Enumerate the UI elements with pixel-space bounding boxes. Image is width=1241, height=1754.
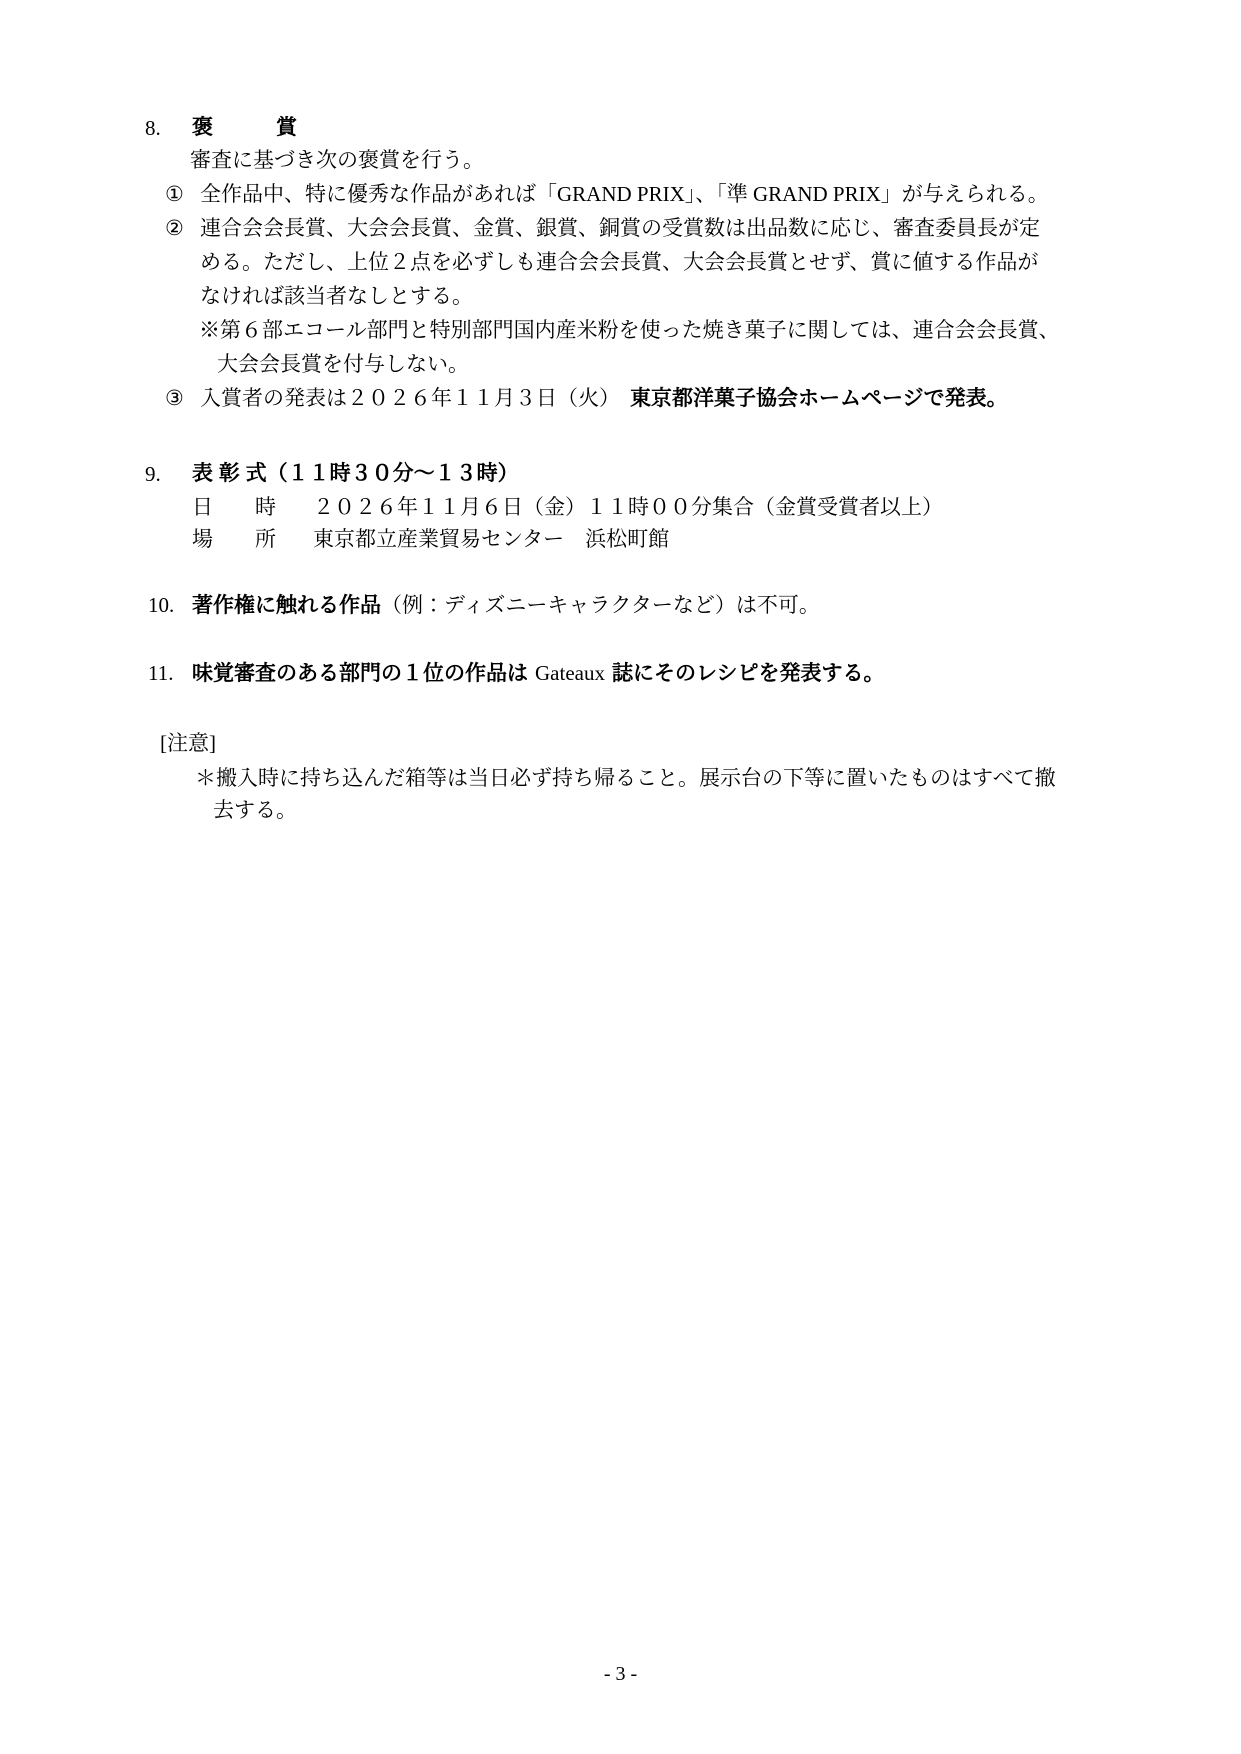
list-item-3-marker: ③	[165, 381, 184, 415]
list-item-3-text: 入賞者の発表は２０２６年１１月３日（火）	[200, 386, 620, 410]
ceremony-place-row: 場 所東京都立産業貿易センター 浜松町館	[0, 523, 1241, 555]
section-11-text-bold-tail: 誌にそのレシピを発表する。	[612, 662, 884, 685]
gateaux-magazine-name: Gateaux	[535, 661, 605, 685]
list-item-1: ① 全作品中、特に優秀な作品があれば「GRAND PRIX」、「準 GRAND …	[0, 177, 1241, 211]
list-item-3-text-bold: 東京都洋菓子協会ホームページで発表。	[630, 387, 1008, 410]
notice-item-text: ＊搬入時に持ち込んだ箱等は当日必ず持ち帰ること。展示台の下等に置いたものはすべて…	[0, 762, 1241, 826]
section-8-title: 褒 賞	[192, 112, 297, 144]
place-label: 場 所	[192, 523, 313, 555]
section-11-text: 味覚審査のある部門の１位の作品はGateaux誌にそのレシピを発表する。	[192, 657, 884, 690]
list-item-2-text: 連合会会長賞、大会会長賞、金賞、銀賞、銅賞の受賞数は出品数に応じ、審査委員長が定…	[200, 216, 1040, 308]
list-item-1-text: 全作品中、特に優秀な作品があれば「GRAND PRIX」、「準 GRAND PR…	[200, 182, 1049, 206]
section-10-text-rest: （例：ディズニーキャラクターなど）は不可。	[381, 593, 820, 617]
list-item-2-marker: ②	[165, 211, 184, 245]
notice-body: ＊搬入時に持ち込んだ箱等は当日必ず持ち帰ること。展示台の下等に置いたものはすべて…	[0, 762, 1241, 826]
ceremony-datetime-row: 日 時２０２６年１１月６日（金）１１時００分集合（金賞受賞者以上）	[0, 491, 1241, 523]
section-9-title: 表 彰 式（１１時３０分～１３時）	[192, 457, 519, 491]
list-item-1-marker: ①	[165, 177, 184, 211]
page-number: - 3 -	[0, 1662, 1241, 1686]
place-value: 東京都立産業貿易センター 浜松町館	[313, 527, 669, 551]
section-8-number: 8.	[145, 112, 161, 144]
section-10-number: 10.	[148, 589, 174, 621]
datetime-label: 日 時	[192, 491, 313, 523]
section-8-list: ① 全作品中、特に優秀な作品があれば「GRAND PRIX」、「準 GRAND …	[0, 177, 1241, 416]
section-10-text: 著作権に触れる作品（例：ディズニーキャラクターなど）は不可。	[192, 589, 820, 622]
notice-header: [注意]	[160, 727, 216, 759]
section-11-number: 11.	[148, 657, 173, 689]
list-item-2: ② 連合会会長賞、大会会長賞、金賞、銀賞、銅賞の受賞数は出品数に応じ、審査委員長…	[0, 211, 1241, 313]
section-9-details: 日 時２０２６年１１月６日（金）１１時００分集合（金賞受賞者以上） 場 所東京都…	[0, 491, 1241, 555]
list-item-3: ③ 入賞者の発表は２０２６年１１月３日（火）東京都洋菓子協会ホームページで発表。	[0, 381, 1241, 416]
section-11-text-bold-lead: 味覚審査のある部門の１位の作品は	[192, 662, 528, 685]
section-10-text-bold: 著作権に触れる作品	[192, 594, 381, 617]
section-9-number: 9.	[145, 457, 161, 491]
list-item-2-note: ※第６部エコール部門と特別部門国内産米粉を使った焼き菓子に関しては、連合会会長賞…	[0, 313, 1241, 381]
document-page: 8. 褒 賞 審査に基づき次の褒賞を行う。 ① 全作品中、特に優秀な作品があれば…	[0, 0, 1241, 1754]
section-8-intro: 審査に基づき次の褒賞を行う。	[190, 144, 484, 176]
datetime-value: ２０２６年１１月６日（金）１１時００分集合（金賞受賞者以上）	[313, 495, 943, 519]
